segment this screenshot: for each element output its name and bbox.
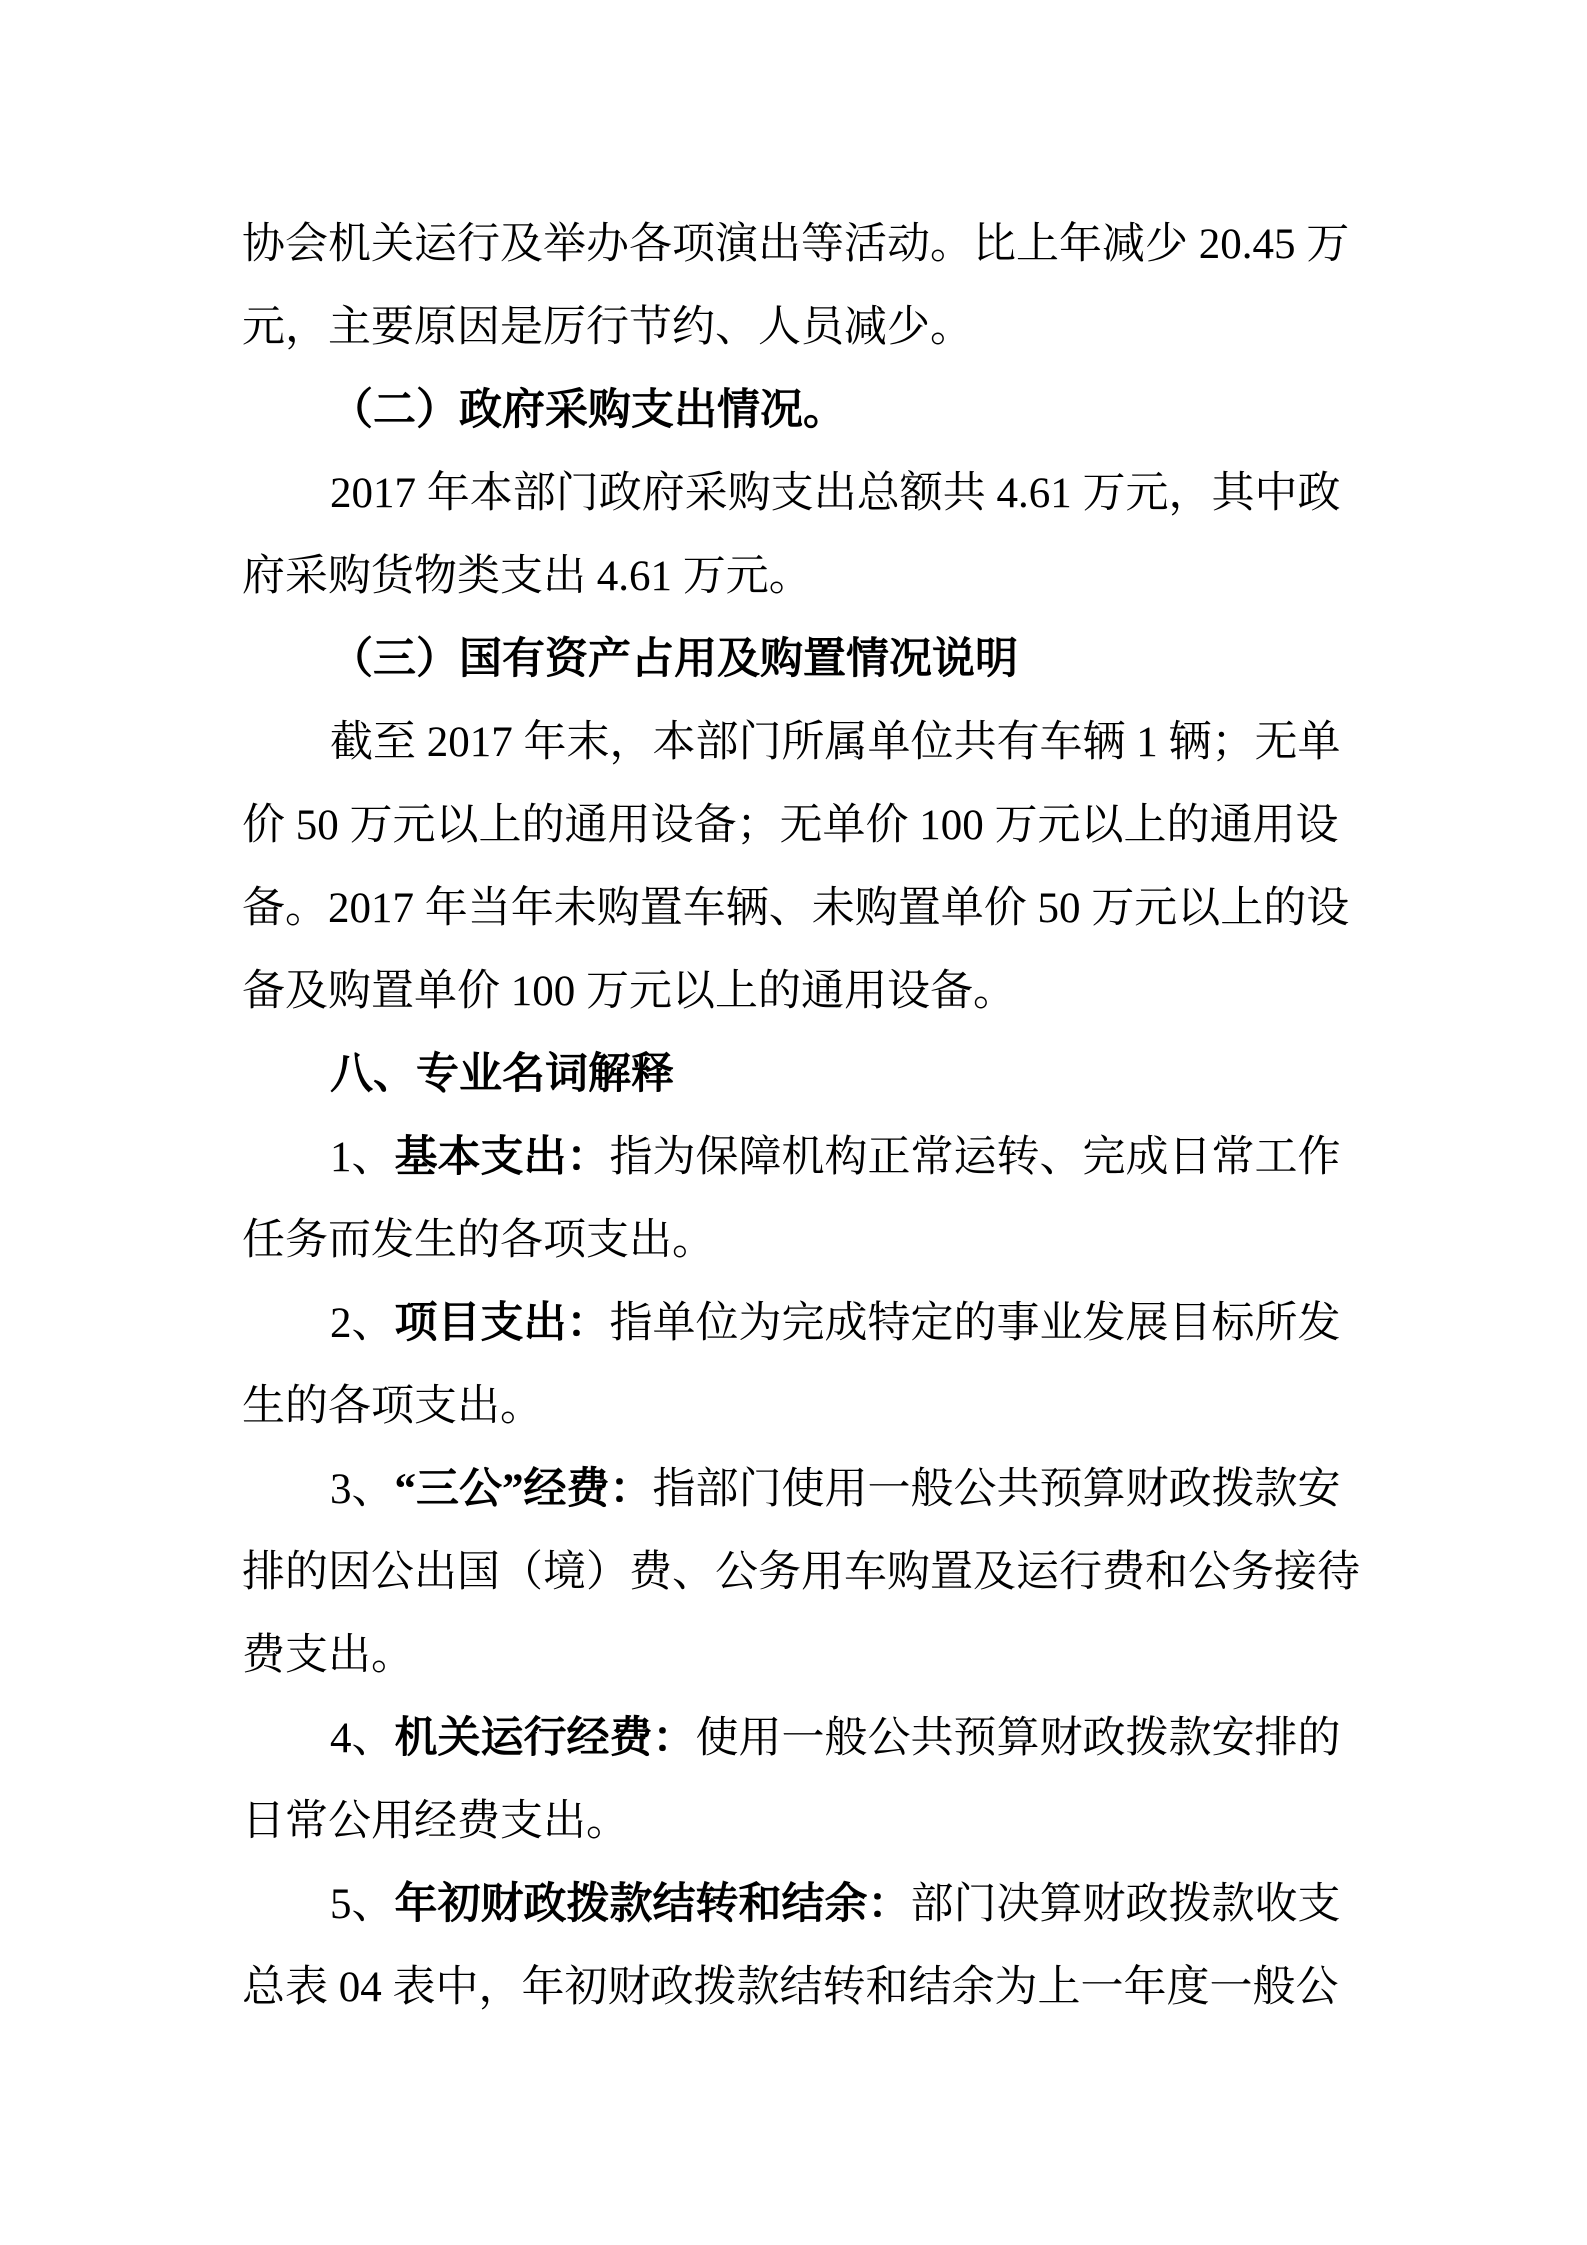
bold-term: 机关运行经费：	[395, 1715, 696, 1762]
text-run: 排的因公出国（境）费、公务用车购置及运行费和公务接待	[242, 1549, 1360, 1596]
term-line-2: 2、项目支出：指单位为完成特定的事业发展目标所发	[242, 1282, 1362, 1365]
body-line: 日常公用经费支出。	[242, 1780, 1362, 1863]
body-line: 生的各项支出。	[242, 1365, 1362, 1448]
text-run: 指部门使用一般公共预算财政拨款安	[653, 1466, 1341, 1513]
term-line-4: 4、机关运行经费：使用一般公共预算财政拨款安排的	[242, 1697, 1362, 1780]
text-run: 指单位为完成特定的事业发展目标所发	[610, 1300, 1341, 1347]
body-line: 任务而发生的各项支出。	[242, 1199, 1362, 1282]
body-line: 元，主要原因是厉行节约、人员减少。	[242, 286, 1362, 369]
bold-term: 基本支出：	[395, 1134, 610, 1181]
heading-section-2: （二）政府采购支出情况。	[242, 369, 1362, 452]
body-line: 费支出。	[242, 1614, 1362, 1697]
text-run: 备。2017 年当年未购置车辆、未购置单价 50 万元以上的设	[242, 885, 1349, 932]
text-run: 总表 04 表中，年初财政拨款结转和结余为上一年度一般公	[242, 1964, 1339, 2011]
term-line-1: 1、基本支出：指为保障机构正常运转、完成日常工作	[242, 1116, 1362, 1199]
body-line: 府采购货物类支出 4.61 万元。	[242, 535, 1362, 618]
text-run: 日常公用经费支出。	[242, 1798, 629, 1845]
term-line-5: 5、年初财政拨款结转和结余：部门决算财政拨款收支	[242, 1863, 1362, 1946]
heading-section-8: 八、专业名词解释	[242, 1033, 1362, 1116]
text-run: 生的各项支出。	[242, 1383, 543, 1430]
heading-section-3: （三）国有资产占用及购置情况说明	[242, 618, 1362, 701]
text-run: 府采购货物类支出 4.61 万元。	[242, 553, 812, 600]
text-run: 备及购置单价 100 万元以上的通用设备。	[242, 968, 1016, 1015]
text-run: 5、	[330, 1881, 395, 1928]
body-line: 排的因公出国（境）费、公务用车购置及运行费和公务接待	[242, 1531, 1362, 1614]
text-run: 任务而发生的各项支出。	[242, 1217, 715, 1264]
text-run: 1、	[330, 1134, 395, 1181]
text-block: 协会机关运行及举办各项演出等活动。比上年减少 20.45 万元，主要原因是厉行节…	[242, 203, 1362, 2029]
body-line: 截至 2017 年末，本部门所属单位共有车辆 1 辆；无单	[242, 701, 1362, 784]
body-line: 总表 04 表中，年初财政拨款结转和结余为上一年度一般公	[242, 1946, 1362, 2029]
text-run: 4、	[330, 1715, 395, 1762]
body-line: 2017 年本部门政府采购支出总额共 4.61 万元，其中政	[242, 452, 1362, 535]
bold-term: （二）政府采购支出情况。	[330, 387, 846, 434]
text-run: 使用一般公共预算财政拨款安排的	[696, 1715, 1341, 1762]
body-line: 备及购置单价 100 万元以上的通用设备。	[242, 950, 1362, 1033]
text-run: 2、	[330, 1300, 395, 1347]
text-run: 指为保障机构正常运转、完成日常工作	[610, 1134, 1341, 1181]
text-run: 费支出。	[242, 1632, 414, 1679]
document-page: 协会机关运行及举办各项演出等活动。比上年减少 20.45 万元，主要原因是厉行节…	[0, 0, 1587, 2245]
text-run: 部门决算财政拨款收支	[911, 1881, 1341, 1928]
text-run: 价 50 万元以上的通用设备；无单价 100 万元以上的通用设	[242, 802, 1339, 849]
text-run: 3、	[330, 1466, 395, 1513]
bold-term: 项目支出：	[395, 1300, 610, 1347]
bold-term: 年初财政拨款结转和结余：	[395, 1881, 911, 1928]
text-run: 协会机关运行及举办各项演出等活动。比上年减少 20.45 万	[242, 221, 1349, 268]
bold-term: （三）国有资产占用及购置情况说明	[330, 636, 1018, 683]
term-line-3: 3、“三公”经费：指部门使用一般公共预算财政拨款安	[242, 1448, 1362, 1531]
text-run: 截至 2017 年末，本部门所属单位共有车辆 1 辆；无单	[330, 719, 1341, 766]
body-line: 价 50 万元以上的通用设备；无单价 100 万元以上的通用设	[242, 784, 1362, 867]
bold-term: “三公”经费：	[395, 1466, 653, 1513]
text-run: 元，主要原因是厉行节约、人员减少。	[242, 304, 973, 351]
body-line: 备。2017 年当年未购置车辆、未购置单价 50 万元以上的设	[242, 867, 1362, 950]
body-line: 协会机关运行及举办各项演出等活动。比上年减少 20.45 万	[242, 203, 1362, 286]
bold-term: 八、专业名词解释	[330, 1050, 674, 1098]
text-run: 2017 年本部门政府采购支出总额共 4.61 万元，其中政	[330, 470, 1341, 517]
